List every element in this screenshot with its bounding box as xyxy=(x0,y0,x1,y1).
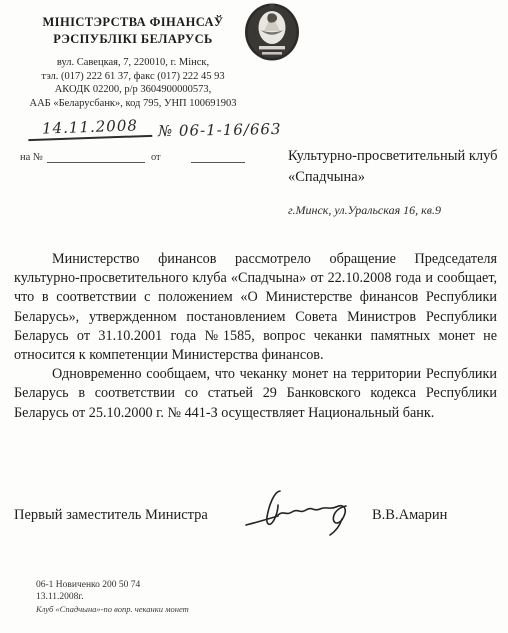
signer-title: Первый заместитель Министра xyxy=(14,507,208,524)
handwritten-outgoing-number: № 06-1-16/663 xyxy=(158,120,282,140)
letterhead: МІНІСТЭРСТВА ФІНАНСАЎ РЭСПУБЛІКІ БЕЛАРУС… xyxy=(14,14,252,110)
reply-reference-row: на № от xyxy=(20,150,245,163)
recipient-block: Культурно-просветительный клуб «Спадчына… xyxy=(288,146,500,218)
ministry-title-line2: РЭСПУБЛІКІ БЕЛАРУСЬ xyxy=(14,31,252,48)
executor-line: 06-1 Новиченко 200 50 74 xyxy=(36,579,189,591)
reply-number-label: на № xyxy=(20,152,43,163)
letter-body: Министерство финансов рассмотрело обраще… xyxy=(14,250,497,423)
handwritten-date: 14.11.2008 xyxy=(28,116,153,141)
reply-from-label: от xyxy=(151,152,161,163)
reference-row: 14.11.2008 № 06-1-16/663 xyxy=(28,118,282,139)
subject-note: Клуб «Спадчына»-по вопр. чеканки монет xyxy=(36,603,189,615)
ministry-title-line1: МІНІСТЭРСТВА ФІНАНСАЎ xyxy=(14,14,252,31)
footer-notes: 06-1 Новиченко 200 50 74 13.11.2008г. Кл… xyxy=(36,579,189,615)
reply-date-blank xyxy=(191,150,245,163)
body-paragraph-2: Одновременно сообщаем, что чеканку монет… xyxy=(14,365,497,423)
letterhead-phone-line: тэл. (017) 222 61 37, факс (017) 222 45 … xyxy=(14,70,252,84)
letterhead-account-line: АКОДК 02200, р/р 3604900000573, xyxy=(14,83,252,97)
footer-date: 13.11.2008г. xyxy=(36,591,189,603)
recipient-name: Культурно-просветительный клуб «Спадчына… xyxy=(288,146,500,188)
handwritten-signature-icon xyxy=(242,483,362,541)
body-paragraph-1: Министерство финансов рассмотрело обраще… xyxy=(14,250,497,365)
signer-name: В.В.Амарин xyxy=(372,507,447,524)
reply-number-blank xyxy=(47,150,145,163)
recipient-address: г.Минск, ул.Уральская 16, кв.9 xyxy=(288,203,500,218)
scanned-letter-page: МІНІСТЭРСТВА ФІНАНСАЎ РЭСПУБЛІКІ БЕЛАРУС… xyxy=(0,0,508,633)
signature-block: Первый заместитель Министра В.В.Амарин xyxy=(14,505,497,545)
letterhead-bank-line: ААБ «Беларусбанк», код 795, УНП 10069190… xyxy=(14,97,252,111)
belarus-coat-of-arms-icon xyxy=(242,1,302,63)
letterhead-address-line1: вул. Савецкая, 7, 220010, г. Мінск, xyxy=(14,56,252,70)
